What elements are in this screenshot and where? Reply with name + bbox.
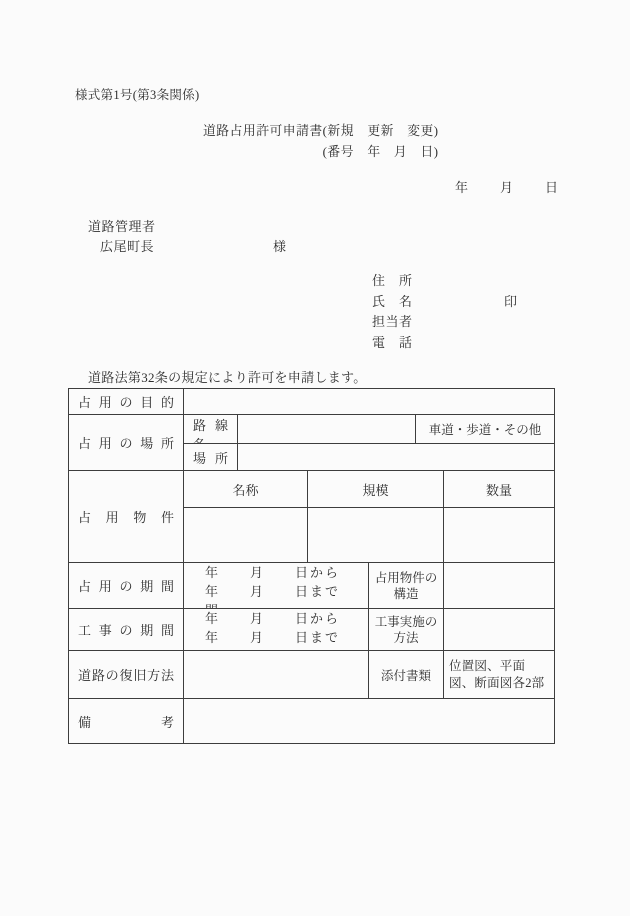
occupation-period-to-line: 年 月 日まで 間 [205, 582, 368, 609]
construction-period-from-line: 年 月 日から [205, 609, 368, 628]
document-number-date-line: (番号 年 月 日) [203, 142, 439, 163]
applicant-address-row: 住所 [372, 271, 517, 292]
property-quantity-header-cell: 数量 [444, 471, 554, 508]
seal-mark: 印 [504, 292, 517, 313]
construction-period-label-cell: 工事の期間 [69, 609, 184, 651]
route-name-value-cell [238, 415, 416, 444]
property-scale-header-cell: 規模 [308, 471, 444, 508]
construction-period-dates-cell: 年 月 日から 年 月 日まで 間 [184, 609, 369, 651]
remarks-value-cell [184, 699, 554, 743]
document-title: 道路占用許可申請書(新規 更新 変更) [203, 121, 439, 142]
address-label: 住所 [372, 271, 412, 292]
road-manager-label: 道路管理者 [88, 216, 156, 235]
method-label-line2: 方法 [369, 630, 443, 646]
spot-label-cell: 場所 [184, 444, 238, 471]
property-structure-value-cell [444, 563, 554, 609]
applicant-person-row: 担当者 [372, 312, 517, 333]
property-scale-value-cell [308, 508, 444, 563]
method-label-line1: 工事実施の [369, 614, 443, 630]
occupation-period-from-line: 年 月 日から [205, 563, 368, 582]
attachments-label-cell: 添付書類 [369, 651, 444, 699]
property-name-value-cell [184, 508, 308, 563]
phone-label: 電話 [372, 333, 412, 354]
restoration-label-cell: 道路の復旧方法 [69, 651, 184, 699]
spot-value-cell [238, 444, 554, 471]
person-in-charge-label: 担当者 [372, 312, 412, 333]
property-structure-label-cell: 占用物件の 構造 [369, 563, 444, 609]
declaration-sentence: 道路法第32条の規定により許可を申請します。 [88, 367, 367, 386]
honorific-sama: 様 [273, 239, 287, 254]
construction-method-value-cell [444, 609, 554, 651]
applicant-block: 住所 氏名 印 担当者 電話 [372, 271, 517, 353]
attachments-value-cell: 位置図、平面図、断面図各2部 [444, 651, 554, 699]
name-label: 氏名 [372, 292, 412, 313]
place-label-cell: 占用の場所 [69, 415, 184, 471]
submission-date-line: 年 月 日 [455, 177, 560, 196]
structure-label-line1: 占用物件の [369, 570, 443, 586]
structure-label-line2: 構造 [369, 586, 443, 602]
document-title-block: 道路占用許可申請書(新規 更新 変更) (番号 年 月 日) [203, 121, 439, 162]
property-name-header-cell: 名称 [184, 471, 308, 508]
purpose-value-cell [184, 389, 554, 415]
application-table: 占用の目的 占用の場所 路線名 車道・歩道・その他 場所 占用物件 名称 規模 … [68, 388, 555, 744]
property-label-cell: 占用物件 [69, 471, 184, 563]
restoration-value-cell [184, 651, 369, 699]
route-name-label-cell: 路線名 [184, 415, 238, 444]
addressee-name: 広尾町長 [100, 239, 154, 254]
applicant-phone-row: 電話 [372, 333, 517, 354]
road-type-options-cell: 車道・歩道・その他 [416, 415, 554, 444]
purpose-label-cell: 占用の目的 [69, 389, 184, 415]
occupation-period-label-cell: 占用の期間 [69, 563, 184, 609]
addressee-line: 広尾町長様 [100, 236, 287, 255]
form-number: 様式第1号(第3条関係) [75, 85, 199, 103]
remarks-label-cell: 備考 [69, 699, 184, 743]
applicant-name-row: 氏名 印 [372, 292, 517, 313]
occupation-period-dates-cell: 年 月 日から 年 月 日まで 間 [184, 563, 369, 609]
construction-period-to-line: 年 月 日まで 間 [205, 628, 368, 651]
construction-method-label-cell: 工事実施の 方法 [369, 609, 444, 651]
property-quantity-value-cell [444, 508, 554, 563]
